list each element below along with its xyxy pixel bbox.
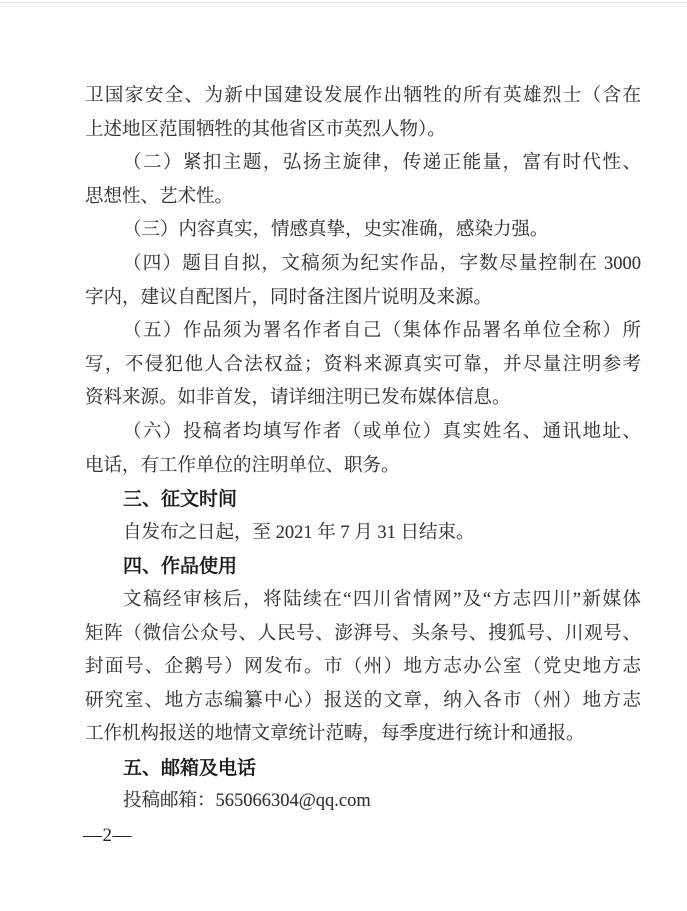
text-line: （五）作品须为署名作者自己（集体作品署名单位全称）所 <box>85 315 641 349</box>
text-line: （六）投稿者均填写作者（或单位）真实姓名、通讯地址、 <box>85 416 641 450</box>
text-line: 自发布之日起，至 2021 年 7 月 31 日结束。 <box>85 517 641 551</box>
text-line: （四）题目自拟，文稿须为纪实作品，字数尽量控制在 3000 <box>85 248 641 282</box>
text-line: 上述地区范围牺牲的其他省区市英烈人物）。 <box>85 114 641 148</box>
document-page: 卫国家安全、为新中国建设发展作出牺牲的所有英雄烈士（含在 上述地区范围牺牲的其他… <box>0 0 687 911</box>
text-line: 投稿邮箱：565066304@qq.com <box>85 785 641 819</box>
text-line: 工作机构报送的地情文章统计范畴，每季度进行统计和通报。 <box>85 718 641 752</box>
document-body: 卫国家安全、为新中国建设发展作出牺牲的所有英雄烈士（含在 上述地区范围牺牲的其他… <box>0 0 687 819</box>
text-line: 电话，有工作单位的注明单位、职务。 <box>85 450 641 484</box>
text-line: 字内，建议自配图片，同时备注图片说明及来源。 <box>85 282 641 316</box>
scan-edge-line-2 <box>0 6 687 7</box>
text-line: 五、邮箱及电话 <box>85 752 641 786</box>
text-line: （二）紧扣主题，弘扬主旋律，传递正能量，富有时代性、 <box>85 147 641 181</box>
text-line: 资料来源。如非首发，请详细注明已发布媒体信息。 <box>85 382 641 416</box>
text-line: （三）内容真实，情感真挚，史实准确，感染力强。 <box>85 214 641 248</box>
page-number: —2— <box>83 820 687 852</box>
text-line: 矩阵（微信公众号、人民号、澎湃号、头条号、搜狐号、川观号、 <box>85 618 641 652</box>
text-line: 四、作品使用 <box>85 550 641 584</box>
text-line: 三、征文时间 <box>85 483 641 517</box>
text-line: 思想性、艺术性。 <box>85 181 641 215</box>
scan-edge-line <box>0 2 687 3</box>
text-line: 写，不侵犯他人合法权益；资料来源真实可靠，并尽量注明参考 <box>85 349 641 383</box>
text-line: 封面号、企鹅号）网发布。市（州）地方志办公室（党史地方志 <box>85 651 641 685</box>
text-line: 研究室、地方志编纂中心）报送的文章，纳入各市（州）地方志 <box>85 685 641 719</box>
text-line: 文稿经审核后，将陆续在“四川省情网”及“方志四川”新媒体 <box>85 584 641 618</box>
text-line: 卫国家安全、为新中国建设发展作出牺牲的所有英雄烈士（含在 <box>85 80 641 114</box>
